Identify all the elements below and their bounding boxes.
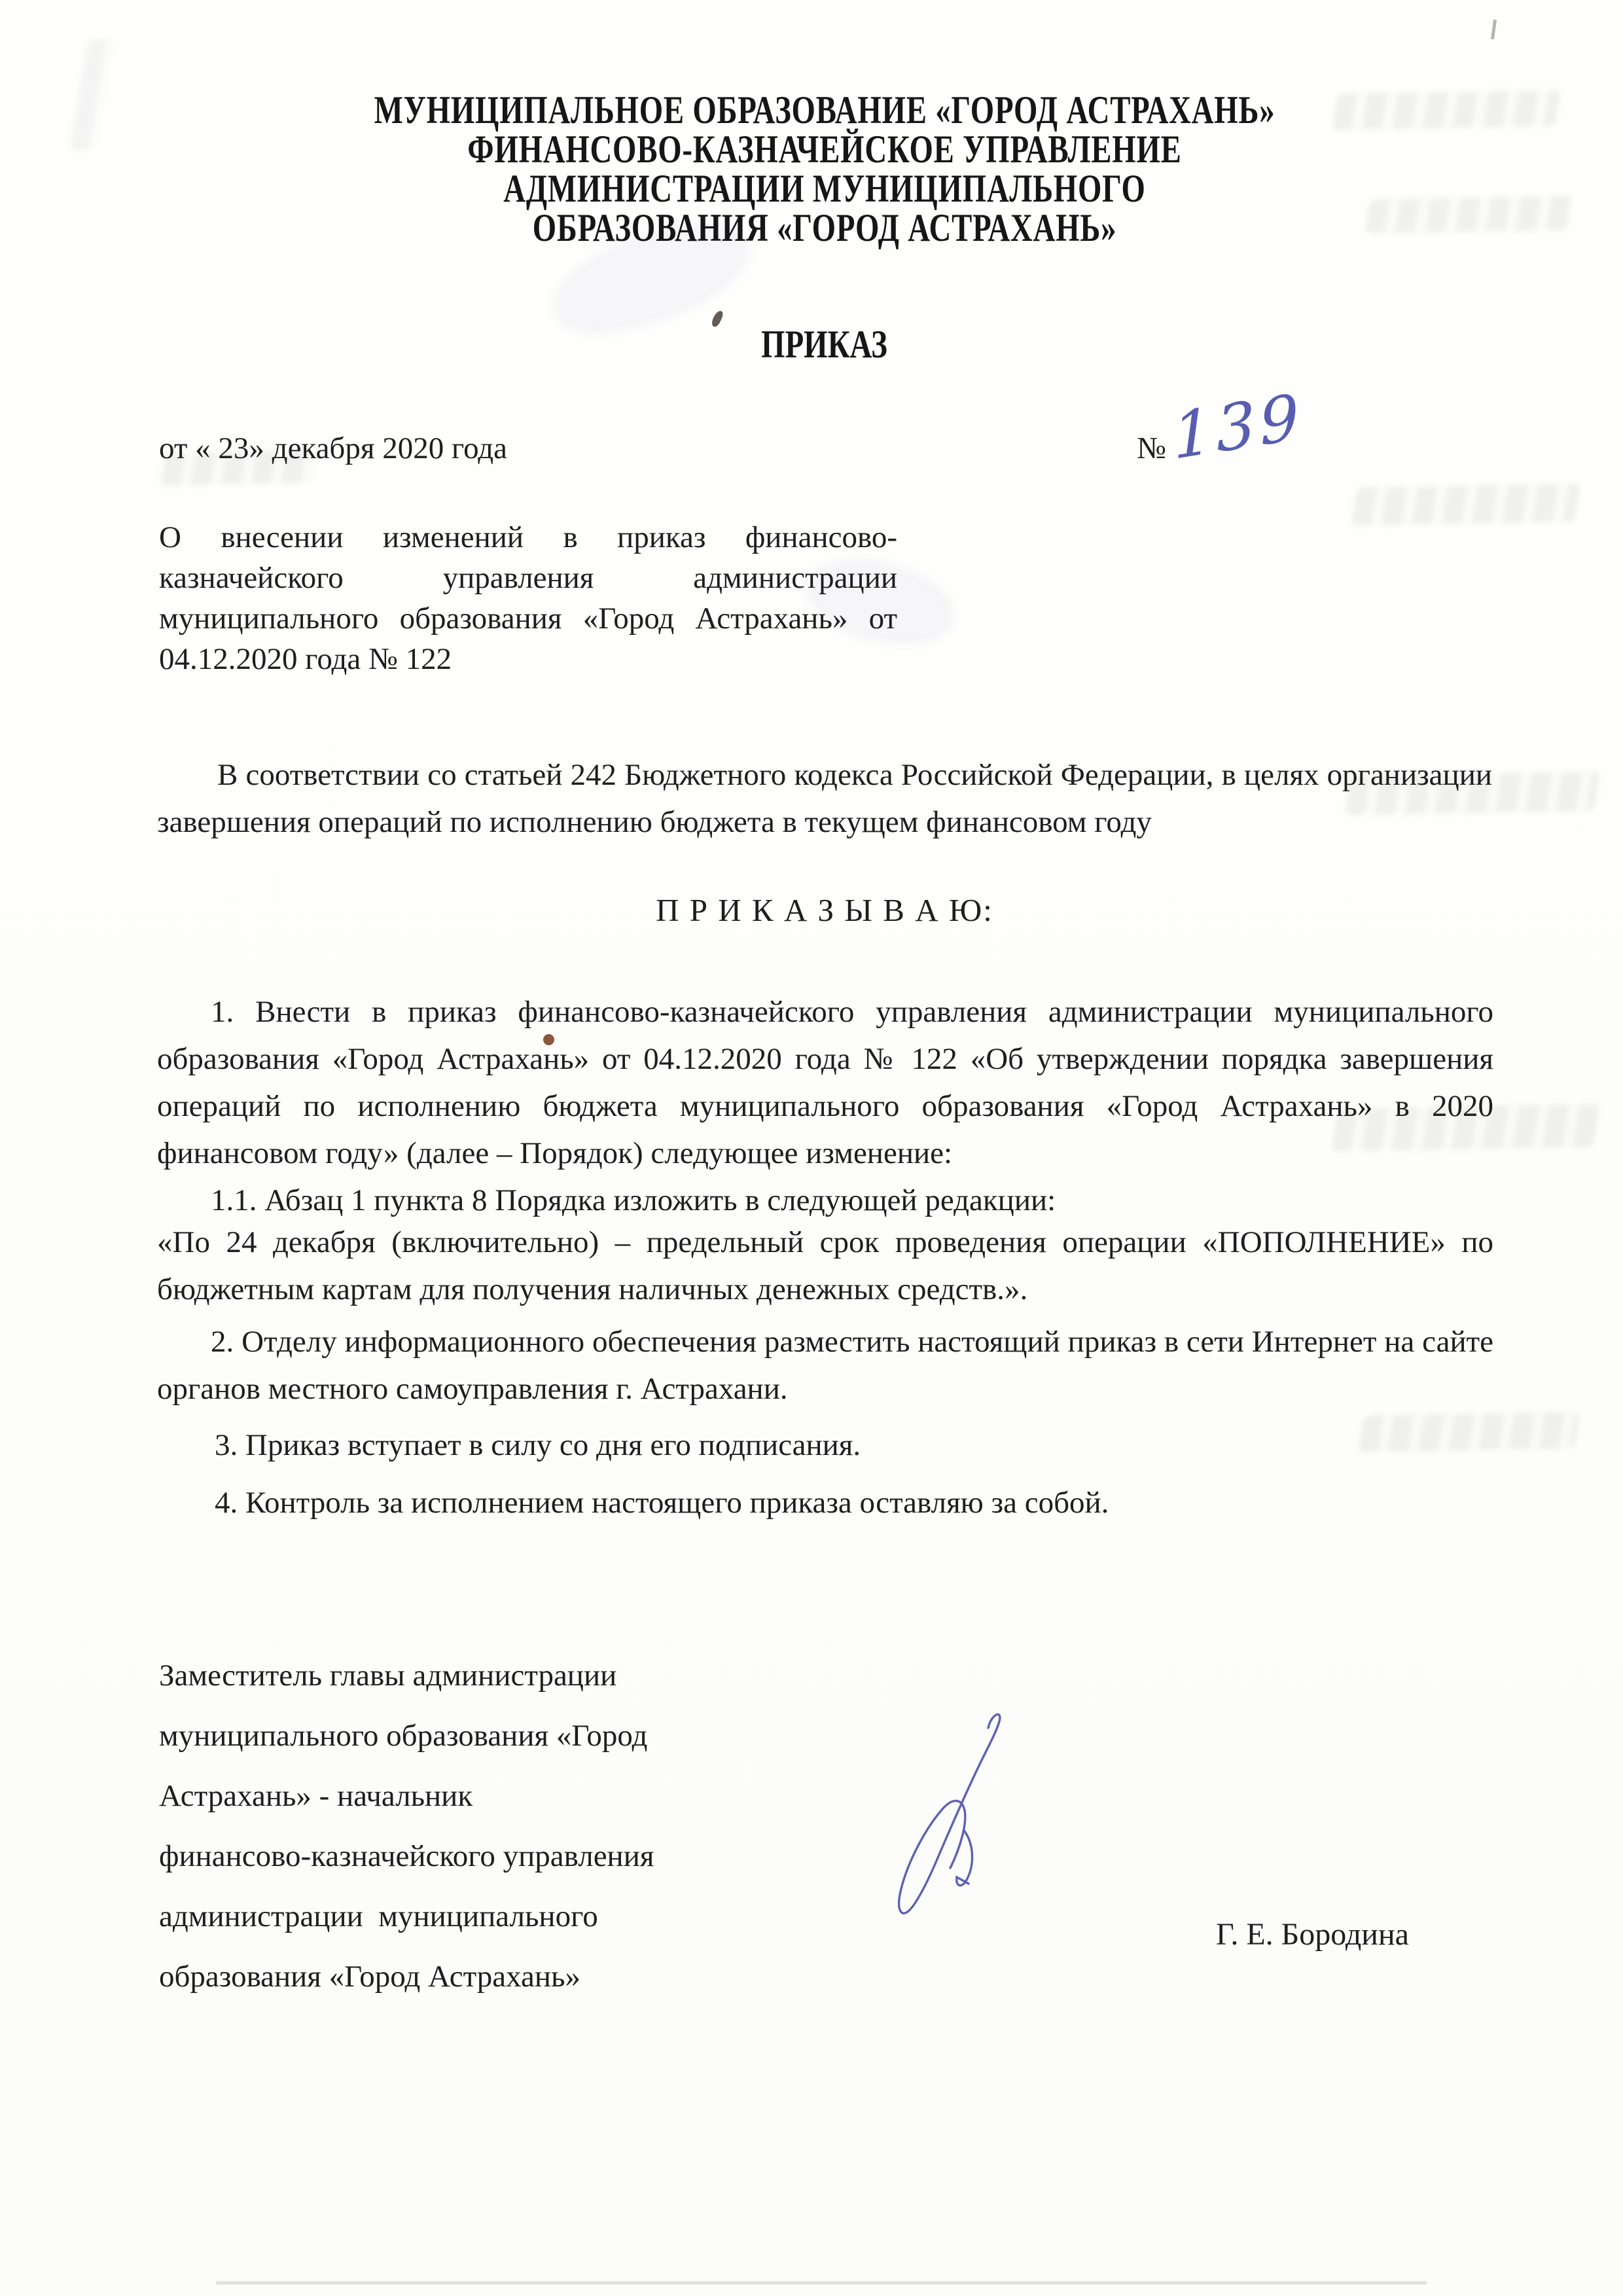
number-sign: № (1137, 431, 1166, 466)
letterhead-line: ОБРАЗОВАНИЯ «ГОРОД АСТРАХАНЬ» (294, 208, 1355, 247)
order-item-1: 1. Внести в приказ финансово-казначейско… (157, 988, 1493, 1177)
scan-edge-streak (216, 2282, 1427, 2284)
order-item-4: 4. Контроль за исполнением настоящего пр… (157, 1479, 1493, 1526)
bleed-through-artifact (69, 39, 113, 151)
signer-position-line: Заместитель главы администрации (159, 1645, 748, 1706)
letterhead-line: АДМИНИСТРАЦИИ МУНИЦИПАЛЬНОГО (294, 169, 1355, 208)
order-item-quoted-text: «По 24 декабря (включительно) – предельн… (157, 1219, 1493, 1313)
letterhead-line: ФИНАНСОВО-КАЗНАЧЕЙСКОЕ УПРАВЛЕНИЕ (294, 130, 1355, 169)
signer-position-line: администрации муниципального (159, 1886, 748, 1946)
paper-speck (1491, 20, 1497, 39)
order-item-3: 3. Приказ вступает в силу со дня его под… (157, 1422, 1493, 1469)
signer-position-line: финансово-казначейского управления (159, 1826, 748, 1886)
handwritten-signature (882, 1703, 1036, 1926)
document-title: ПРИКАЗ (144, 322, 1505, 367)
order-item-2: 2. Отделу информационного обеспечения ра… (157, 1318, 1493, 1412)
preamble: В соответствии со статьей 242 Бюджетного… (157, 751, 1492, 846)
scanned-order-page: МУНИЦИПАЛЬНОЕ ОБРАЗОВАНИЕ «ГОРОД АСТРАХА… (0, 0, 1623, 2296)
letterhead: МУНИЦИПАЛЬНОЕ ОБРАЗОВАНИЕ «ГОРОД АСТРАХА… (144, 90, 1505, 247)
document-subject: О внесении изменений в приказ финансово-… (159, 517, 897, 679)
signer-position-line: муниципального образования «Город (159, 1706, 748, 1766)
order-word: П Р И К А З Ы В А Ю: (157, 891, 1492, 929)
bleed-through-artifact (1351, 484, 1580, 526)
signer-position-line: Астрахань» - начальник (159, 1766, 748, 1826)
signer-position-line: образования «Город Астрахань» (159, 1946, 748, 2007)
document-title-text: ПРИКАЗ (762, 322, 888, 367)
document-date: от « 23» декабря 2020 года (159, 431, 507, 466)
signer-position-block: Заместитель главы администрации муниципа… (159, 1645, 748, 2007)
order-item-1-1: 1.1. Абзац 1 пункта 8 Порядка изложить в… (157, 1177, 1493, 1224)
letterhead-line: МУНИЦИПАЛЬНОЕ ОБРАЗОВАНИЕ «ГОРОД АСТРАХА… (294, 90, 1355, 130)
signer-name: Г. Е. Бородина (1216, 1916, 1409, 1952)
handwritten-number: 139 (1171, 380, 1305, 474)
